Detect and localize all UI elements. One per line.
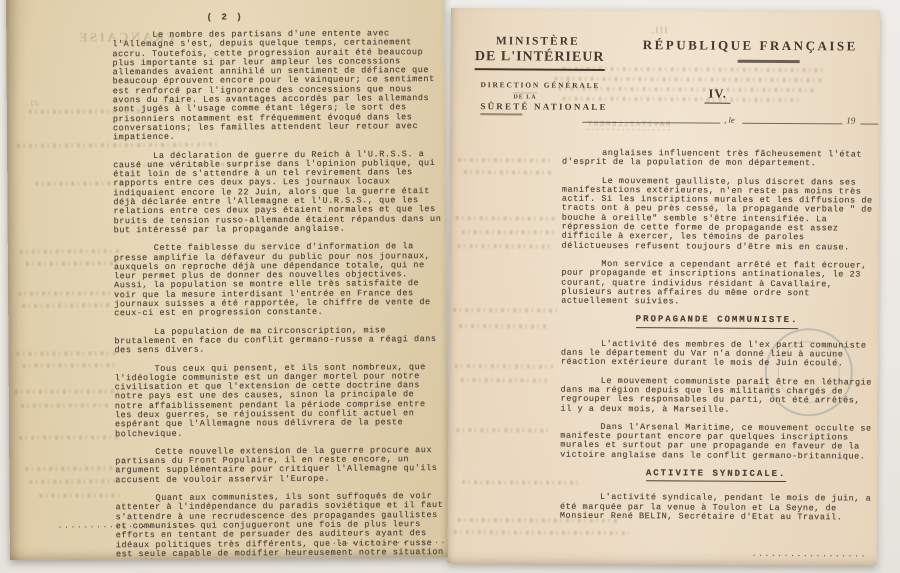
paragraph: Cette nouvelle extension de la guerre pr… bbox=[115, 446, 445, 485]
signature-dots: .................. bbox=[752, 550, 867, 560]
republique-francaise-title: RÉPUBLIQUE FRANÇAISE bbox=[643, 37, 828, 54]
direction-generale-label: DIRECTION GÉNÉRALE bbox=[481, 80, 601, 90]
date-rule bbox=[742, 123, 842, 125]
date-year-label: 19 bbox=[846, 115, 855, 125]
page-left: FRANÇAISE 41. Juin ( 2 ) Le nombre des p… bbox=[6, 0, 448, 560]
section-heading-propagande-communiste: PROPAGANDE COMMUNISTE. bbox=[636, 316, 799, 329]
ink-strike-mark bbox=[738, 60, 800, 63]
bleedthrough-noise bbox=[454, 530, 629, 535]
date-line: , le 19 bbox=[582, 113, 878, 127]
bleedthrough-noise bbox=[458, 244, 554, 249]
paragraph: La déclaration de guerre du Reich à l'U.… bbox=[113, 150, 444, 236]
bleedthrough-noise bbox=[29, 479, 115, 484]
section-number: IV. bbox=[704, 87, 731, 104]
bleedthrough-noise bbox=[464, 170, 552, 175]
bleedthrough-noise bbox=[21, 403, 111, 408]
paragraph: Tous ceux qui pensent, et ils sont nombr… bbox=[115, 362, 446, 439]
signature-dots: .................. bbox=[332, 537, 447, 547]
bleedthrough-noise bbox=[17, 351, 117, 356]
bleedthrough-noise bbox=[455, 364, 553, 369]
bleedthrough-noise bbox=[456, 428, 550, 433]
paragraph: L'activité des membres de l'ex parti com… bbox=[561, 339, 873, 369]
bleedthrough-noise bbox=[23, 363, 119, 368]
bleedthrough-noise bbox=[19, 435, 119, 440]
paragraph: anglaises influencent très fâcheusement … bbox=[562, 149, 874, 169]
bleedthrough-noise bbox=[458, 158, 553, 163]
bleedthrough-year: 41. bbox=[25, 100, 39, 109]
ministry-title-line2: DE L'INTÉRIEUR bbox=[475, 49, 605, 71]
typed-body-left: Le nombre des partisans d'une entente av… bbox=[112, 29, 446, 560]
bleedthrough-noise bbox=[461, 378, 547, 383]
paragraph: La population de ma circonscription, mis… bbox=[114, 326, 444, 356]
paragraph: Le mouvement communiste paraît être en l… bbox=[561, 376, 873, 415]
signature-dots: ...................... bbox=[58, 521, 199, 531]
de-la-label: DE LA bbox=[513, 92, 536, 100]
bleedthrough-noise bbox=[20, 249, 120, 254]
page-number: ( 2 ) bbox=[6, 11, 444, 24]
paragraph: Le mouvement gaulliste, plus discret dan… bbox=[562, 176, 874, 252]
paragraph: Dans l'Arsenal Maritime, ce mouvement oc… bbox=[560, 423, 872, 462]
paragraph: Le nombre des partisans d'une entente av… bbox=[112, 29, 443, 143]
typed-body-right: anglaises influencent très fâcheusement … bbox=[560, 149, 874, 532]
paragraph: Mon service a cependant arrêté et fait é… bbox=[561, 260, 873, 308]
bleedthrough-noise bbox=[40, 493, 120, 498]
section-heading-activite-syndicale: ACTIVITE SYNDICALE. bbox=[646, 469, 787, 482]
bleedthrough-noise bbox=[462, 230, 554, 235]
bleedthrough-noise bbox=[15, 389, 119, 394]
bleedthrough-noise bbox=[453, 308, 557, 313]
bleedthrough-noise bbox=[18, 291, 123, 296]
bleedthrough-noise bbox=[459, 324, 549, 329]
date-rule bbox=[860, 124, 878, 125]
date-rule bbox=[582, 122, 720, 124]
ministry-title-line1: MINISTÈRE bbox=[479, 35, 597, 48]
paragraph: Cette faiblesse du service d'information… bbox=[114, 242, 445, 319]
date-le-label: , le bbox=[724, 115, 734, 125]
page-right: III. RAVITAILLEMENT MINISTÈRE DE L'INTÉR… bbox=[448, 8, 880, 566]
bleedthrough-noise bbox=[22, 303, 110, 308]
bleedthrough-noise bbox=[25, 466, 119, 471]
paragraph: L'activité syndicale, pendant le mois de… bbox=[560, 493, 872, 523]
bleedthrough-noise bbox=[26, 261, 118, 266]
bleedthrough-noise bbox=[456, 216, 556, 221]
bleedthrough-iii: III. bbox=[651, 25, 668, 35]
